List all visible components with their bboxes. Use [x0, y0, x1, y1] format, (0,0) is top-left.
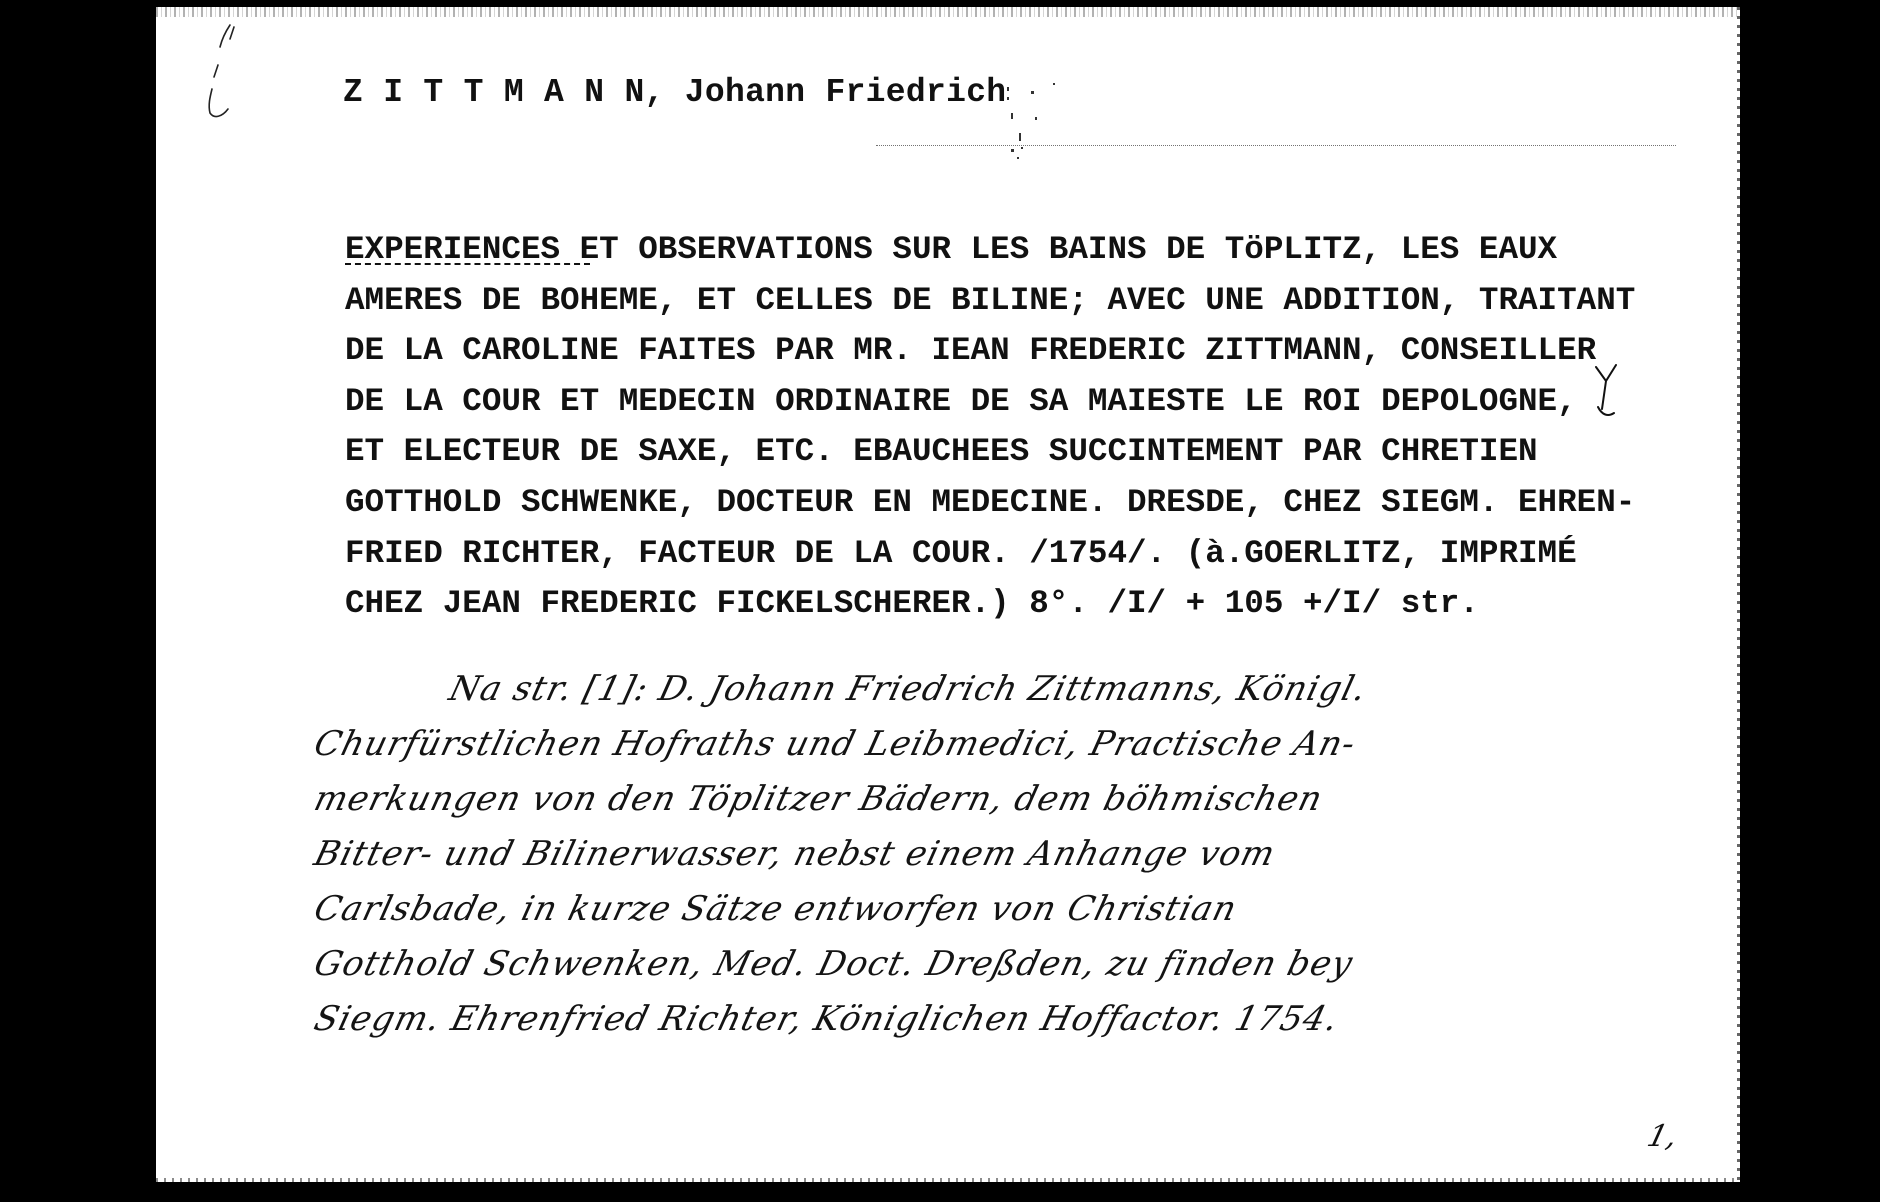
handwritten-line: Churfürstlichen Hofraths und Leibmedici,… [308, 717, 1373, 772]
typed-line: CHEZ JEAN FREDERIC FICKELSCHERER.) 8°. /… [345, 579, 1635, 630]
scan-noise-bottom-edge [156, 1178, 1740, 1182]
catalog-card: Z I T T M A N N, Johann Friedrich EXPERI… [156, 7, 1740, 1182]
typed-line: EXPERIENCES ET OBSERVATIONS SUR LES BAIN… [345, 225, 1635, 276]
handwritten-line: Siegm. Ehrenfried Richter, Königlichen H… [308, 992, 1373, 1047]
typed-bibliographic-entry: EXPERIENCES ET OBSERVATIONS SUR LES BAIN… [345, 225, 1635, 630]
scan-dotted-rule [876, 145, 1676, 146]
typed-line: GOTTHOLD SCHWENKE, DOCTEUR EN MEDECINE. … [345, 478, 1635, 529]
scan-speckle-marks [1001, 77, 1151, 167]
typed-line: ET ELECTEUR DE SAXE, ETC. EBAUCHEES SUCC… [345, 427, 1635, 478]
scan-noise-right-edge [1737, 7, 1740, 1182]
handwritten-line: Carlsbade, in kurze Sätze entworfen von … [308, 882, 1373, 937]
handwritten-line: Na str. [1]: D. Johann Friedrich Zittman… [308, 662, 1373, 717]
typed-line: AMERES DE BOHEME, ET CELLES DE BILINE; A… [345, 276, 1635, 327]
handwritten-note: Na str. [1]: D. Johann Friedrich Zittman… [315, 662, 1366, 1047]
margin-pencil-mark-icon [192, 17, 252, 137]
title-underline [345, 263, 590, 265]
handwritten-line: Bitter- und Bilinerwasser, nebst einem A… [308, 827, 1373, 882]
handwritten-line: Gotthold Schwenken, Med. Doct. Dreßden, … [308, 937, 1373, 992]
proofreading-correction-mark-icon [1592, 363, 1622, 423]
typed-line: DE LA CAROLINE FAITES PAR MR. IEAN FREDE… [345, 326, 1635, 377]
scan-noise-top-edge [156, 7, 1740, 17]
typed-line: DE LA COUR ET MEDECIN ORDINAIRE DE SA MA… [345, 377, 1635, 428]
typed-line: FRIED RICHTER, FACTEUR DE LA COUR. /1754… [345, 529, 1635, 580]
page-number: 1, [1644, 1119, 1681, 1154]
handwritten-line: merkungen von den Töplitzer Bädern, dem … [308, 772, 1373, 827]
author-heading: Z I T T M A N N, Johann Friedrich [343, 73, 1006, 113]
